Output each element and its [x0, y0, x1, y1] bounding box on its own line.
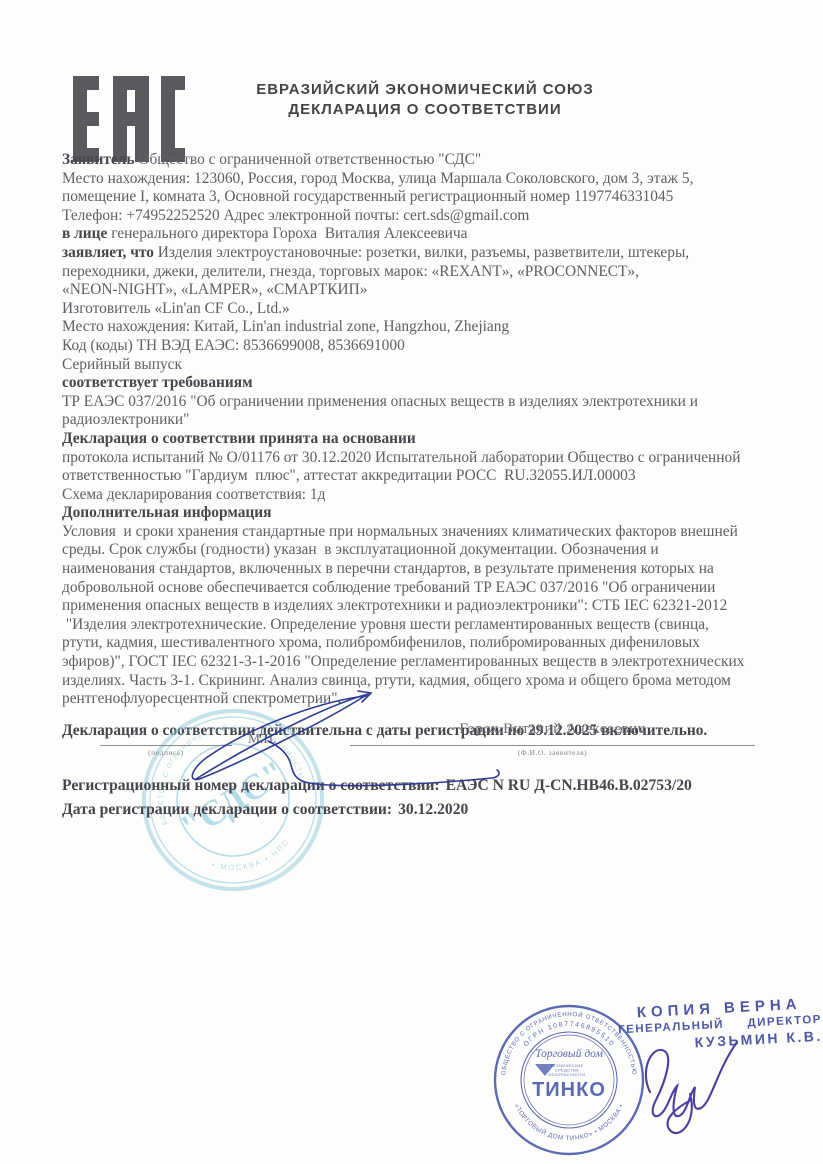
paragraph-bold-segment: Дополнительная информация — [62, 504, 271, 521]
registration-number-value: ЕАЭС N RU Д-CN.НВ46.В.02753/20 — [446, 777, 692, 794]
document-title: ЕВРАЗИЙСКИЙ ЭКОНОМИЧЕСКИЙ СОЮЗ ДЕКЛАРАЦИ… — [225, 80, 625, 120]
paragraph: Условия и сроки хранения стандартные при… — [62, 523, 777, 709]
paragraph: Заявитель Общество с ограниченной ответс… — [62, 151, 777, 170]
paragraph-segment: Серийный выпуск — [62, 356, 182, 373]
paragraph-segment: Изготовитель «Lin'an CF Co., Ltd.» — [62, 300, 290, 317]
paragraph: Изготовитель «Lin'an CF Co., Ltd.» — [62, 300, 777, 319]
paragraph: Дополнительная информация — [62, 504, 777, 523]
paragraph-bold-segment: Декларация о соответствии принята на осн… — [62, 430, 416, 447]
fio-line — [350, 745, 755, 746]
copy-verna-stamp: КОПИЯ ВЕРНА ГЕНЕРАЛЬНЫЙ ДИРЕКТОР КУЗЬМИН… — [617, 995, 823, 1055]
stamp-place-label: М.П. — [248, 731, 277, 747]
paragraph: в лице генерального директора Гороха Вит… — [62, 225, 777, 244]
paragraph-segment: Код (коды) ТН ВЭД ЕАЭС: 8536699008, 8536… — [62, 337, 405, 354]
eac-logo-icon — [73, 76, 185, 162]
document-paragraphs: Заявитель Общество с ограниченной ответс… — [62, 151, 777, 740]
paragraph: Код (коды) ТН ВЭД ЕАЭС: 8536699008, 8536… — [62, 337, 777, 356]
registration-number-line: Регистрационный номер декларации о соотв… — [62, 777, 692, 795]
paragraph: Телефон: +74952252520 Адрес электронной … — [62, 207, 777, 226]
svg-text:«ТОРГОВЫЙ ДОМ ТИНКО» • МОСКВА: «ТОРГОВЫЙ ДОМ ТИНКО» • МОСКВА • — [513, 1103, 626, 1142]
paragraph-segment: протокола испытаний № О/01176 от 30.12.2… — [62, 449, 740, 485]
signature-line — [100, 745, 232, 746]
registration-date-label: Дата регистрации декларации о соответств… — [62, 801, 392, 818]
paragraph: соответствует требованиям — [62, 374, 777, 393]
paragraph: Декларация о соответствии принята на осн… — [62, 430, 777, 449]
paragraph: Место нахождения: 123060, Россия, город … — [62, 170, 777, 207]
declaration-document: ЕВРАЗИЙСКИЙ ЭКОНОМИЧЕСКИЙ СОЮЗ ДЕКЛАРАЦИ… — [0, 0, 823, 1164]
tinko-stamp-script: Торговый дом — [535, 1047, 603, 1060]
title-line-declaration: ДЕКЛАРАЦИЯ О СООТВЕТСТВИИ — [225, 100, 625, 120]
tinko-stamp-logo-text: ТИНКО — [532, 1079, 606, 1101]
sds-round-stamp: ОБЩЕСТВО С ОГРАНИЧЕННОЙ ОТВЕТСТВЕННОСТЬЮ… — [136, 703, 330, 897]
paragraph: Место нахождения: Китай, Lin'an industri… — [62, 318, 777, 337]
paragraph-bold-segment: заявляет, что — [62, 244, 158, 261]
tinko-stamp-small-3: БЕЗОПАСНОСТИ — [549, 1072, 586, 1077]
signature-caption: (подпись) — [100, 748, 232, 757]
paragraph: ТР ЕАЭС 037/2016 "Об ограничении примене… — [62, 393, 777, 430]
paragraph-segment: Условия и сроки хранения стандартные при… — [62, 523, 744, 707]
paragraph: протокола испытаний № О/01176 от 30.12.2… — [62, 449, 777, 486]
paragraph: заявляет, что Изделия электроустановочны… — [62, 244, 777, 300]
tinko-stamp-arc-bottom: «ТОРГОВЫЙ ДОМ ТИНКО» • МОСКВА • — [513, 1103, 626, 1142]
paragraph-bold-segment: Заявитель — [62, 151, 138, 168]
fio-caption: (Ф.И.О. заявителя) — [350, 748, 755, 757]
sds-stamp-center-text: "СДС" — [174, 753, 293, 848]
paragraph-segment: Схема декларирования соответствия: 1д — [62, 486, 325, 503]
paragraph-bold-segment: в лице — [62, 225, 111, 242]
paragraph: Серийный выпуск — [62, 356, 777, 375]
paragraph-segment: Место нахождения: Китай, Lin'an industri… — [62, 318, 509, 335]
paragraph: Схема декларирования соответствия: 1д — [62, 486, 777, 505]
paragraph-segment: ТР ЕАЭС 037/2016 "Об ограничении примене… — [62, 393, 698, 429]
paragraph-bold-segment: соответствует требованиям — [62, 374, 253, 391]
registration-date-value: 30.12.2020 — [398, 801, 468, 818]
copy-verna-role-right: ДИРЕКТОР — [747, 1014, 822, 1030]
paragraph-segment: генерального директора Гороха Виталия Ал… — [111, 225, 467, 242]
signer-name: Горох Виталий Алексеевич — [350, 721, 755, 738]
title-line-union: ЕВРАЗИЙСКИЙ ЭКОНОМИЧЕСКИЙ СОЮЗ — [225, 80, 625, 100]
registration-number-label: Регистрационный номер декларации о соотв… — [62, 777, 440, 794]
registration-date-line: Дата регистрации декларации о соответств… — [62, 801, 468, 819]
paragraph-segment: Место нахождения: 123060, Россия, город … — [62, 170, 693, 206]
paragraph-segment: Общество с ограниченной ответственностью… — [138, 151, 481, 168]
paragraph-segment: Телефон: +74952252520 Адрес электронной … — [62, 207, 529, 224]
